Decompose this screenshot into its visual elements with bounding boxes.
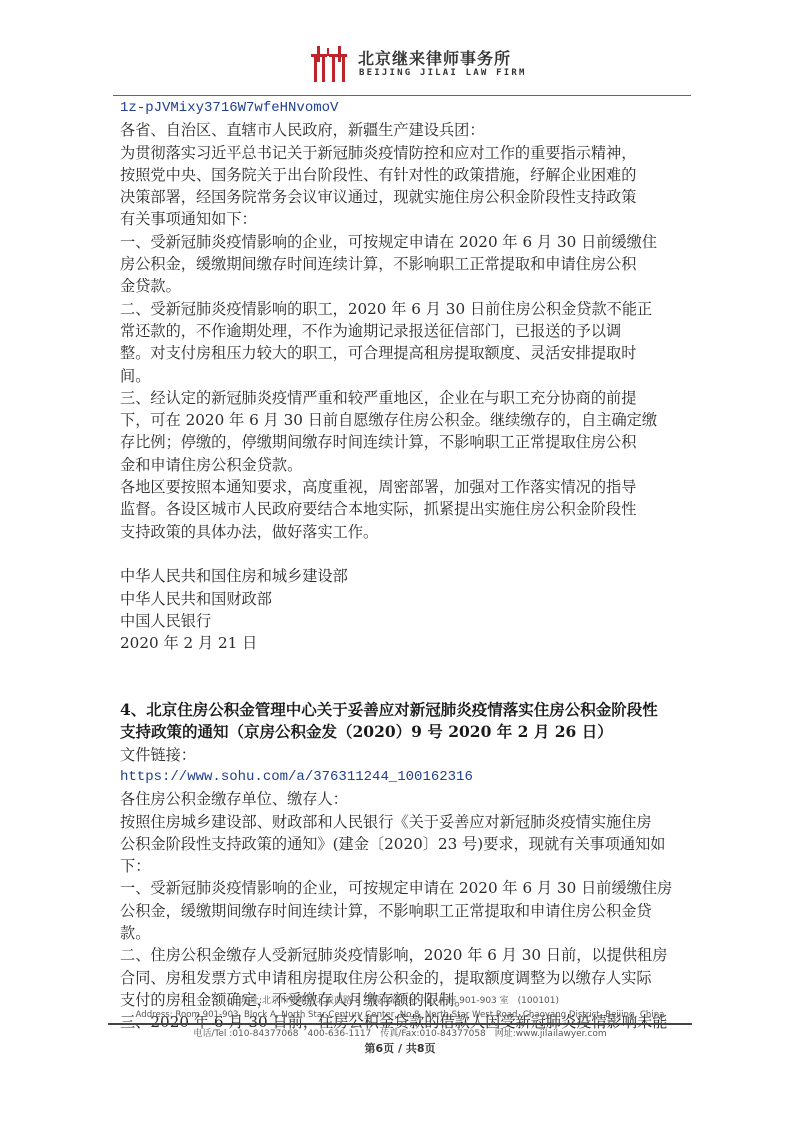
text-line: 合同、房租发票方式申请租房提取住房公积金的，提取额度调整为以缴存人实际 (120, 967, 700, 989)
footer-contact: 电话/Tel :010-84377068 400-636-1117 传真/Fax… (0, 1028, 800, 1041)
text-line: 三、经认定的新冠肺炎疫情严重和较严重地区，企业在与职工充分协商的前提 (120, 387, 700, 409)
text-line: 支持政策的具体办法，做好落实工作。 (120, 521, 700, 543)
text-line: 一、受新冠肺炎疫情影响的企业，可按规定申请在 2020 年 6 月 30 日前缓… (120, 231, 700, 253)
text-line: 整。对支付房租压力较大的职工，可合理提高租房提取额度、灵活安排提取时 (120, 342, 700, 364)
text-line: 各住房公积金缴存单位、缴存人： (120, 788, 700, 810)
page-separator: / (394, 1042, 406, 1055)
text-line: 二、住房公积金缴存人受新冠肺炎疫情影响，2020 年 6 月 30 日前，以提供… (120, 944, 700, 966)
firm-name-cn: 北京继来律师事务所 (358, 46, 511, 69)
text-line: 款。 (120, 922, 700, 944)
text-line: 金和申请住房公积金贷款。 (120, 454, 700, 476)
document-link[interactable]: 1z-pJVMixy3716W7wfeHNvomoV (120, 97, 700, 119)
text-line: 2020 年 2 月 21 日 (120, 632, 700, 654)
text-line: 中华人民共和国住房和城乡建设部 (120, 565, 700, 587)
blank-line (120, 677, 700, 699)
text-line: 间。 (120, 365, 700, 387)
document-link[interactable]: https://www.sohu.com/a/376311244_1001623… (120, 766, 700, 788)
text-line: 公积金，缓缴期间缴存时间连续计算，不影响职工正常提取和申请住房公积金贷 (120, 900, 700, 922)
letterhead: 北京继来律师事务所 BEIJING JILAI LAW FIRM (0, 38, 800, 90)
text-line: 按照住房城乡建设部、财政部和人民银行《关于妥善应对新冠肺炎疫情实施住房 (120, 811, 700, 833)
page-total: 共8页 (406, 1042, 436, 1055)
text-line: 中华人民共和国财政部 (120, 588, 700, 610)
text-line: 常还款的，不作逾期处理，不作为逾期记录报送征信部门，已报送的予以调 (120, 320, 700, 342)
text-line: 公积金阶段性支持政策的通知》(建金〔2020〕23 号)要求，现就有关事项通知如 (120, 833, 700, 855)
page-current: 第6页 (365, 1042, 395, 1055)
text-line: 金贷款。 (120, 275, 700, 297)
text-line: 下，可在 2020 年 6 月 30 日前自愿缴存住房公积金。继续缴存的，自主确… (120, 409, 700, 431)
text-line: 房公积金，缓缴期间缴存时间连续计算，不影响职工正常提取和申请住房公积 (120, 253, 700, 275)
text-line: 按照党中央、国务院关于出台阶段性、有针对性的政策措施，纾解企业困难的 (120, 164, 700, 186)
text-line: 存比例；停缴的，停缴期间缴存时间连续计算，不影响职工正常提取住房公积 (120, 431, 700, 453)
text-line: 决策部署，经国务院常务会议审议通过，现就实施住房公积金阶段性支持政策 (120, 186, 700, 208)
footer-divider (108, 1023, 692, 1025)
footer-address-en: Address: Room 901-903, Block A, North St… (0, 1008, 800, 1022)
text-line: 有关事项通知如下： (120, 208, 700, 230)
header-divider (113, 95, 691, 96)
text-line: 一、受新冠肺炎疫情影响的企业，可按规定申请在 2020 年 6 月 30 日前缓… (120, 877, 700, 899)
firm-logo-icon (309, 44, 349, 84)
text-line: 各地区要按照本通知要求，高度重视，周密部署，加强对工作落实情况的指导 (120, 476, 700, 498)
text-line: 中国人民银行 (120, 610, 700, 632)
text-line: 各省、自治区、直辖市人民政府，新疆生产建设兵团： (120, 119, 700, 141)
page-indicator: 第6页 / 共8页 (0, 1041, 800, 1057)
text-line: 下： (120, 855, 700, 877)
text-line: 二、受新冠肺炎疫情影响的职工，2020 年 6 月 30 日前住房公积金贷款不能… (120, 298, 700, 320)
text-line: 监督。各设区城市人民政府要结合本地实际，抓紧提出实施住房公积金阶段性 (120, 498, 700, 520)
firm-name-en: BEIJING JILAI LAW FIRM (359, 68, 527, 78)
section-heading: 4、北京住房公积金管理中心关于妥善应对新冠肺炎疫情落实住房公积金阶段性 (120, 699, 700, 721)
blank-line (120, 543, 700, 565)
text-line: 文件链接： (120, 744, 700, 766)
blank-line (120, 654, 700, 676)
text-line: 为贯彻落实习近平总书记关于新冠肺炎疫情防控和应对工作的重要指示精神， (120, 142, 700, 164)
footer-address-cn: 地址:北京市朝阳区北辰西路 8 号院北辰世纪中心 A 座 901-903 室 (… (0, 995, 800, 1008)
section-heading: 支持政策的通知（京房公积金发（2020）9 号 2020 年 2 月 26 日） (120, 721, 700, 743)
document-body: 1z-pJVMixy3716W7wfeHNvomoV各省、自治区、直辖市人民政府… (120, 97, 700, 1033)
letterhead-footer: 地址:北京市朝阳区北辰西路 8 号院北辰世纪中心 A 座 901-903 室 (… (0, 995, 800, 1057)
